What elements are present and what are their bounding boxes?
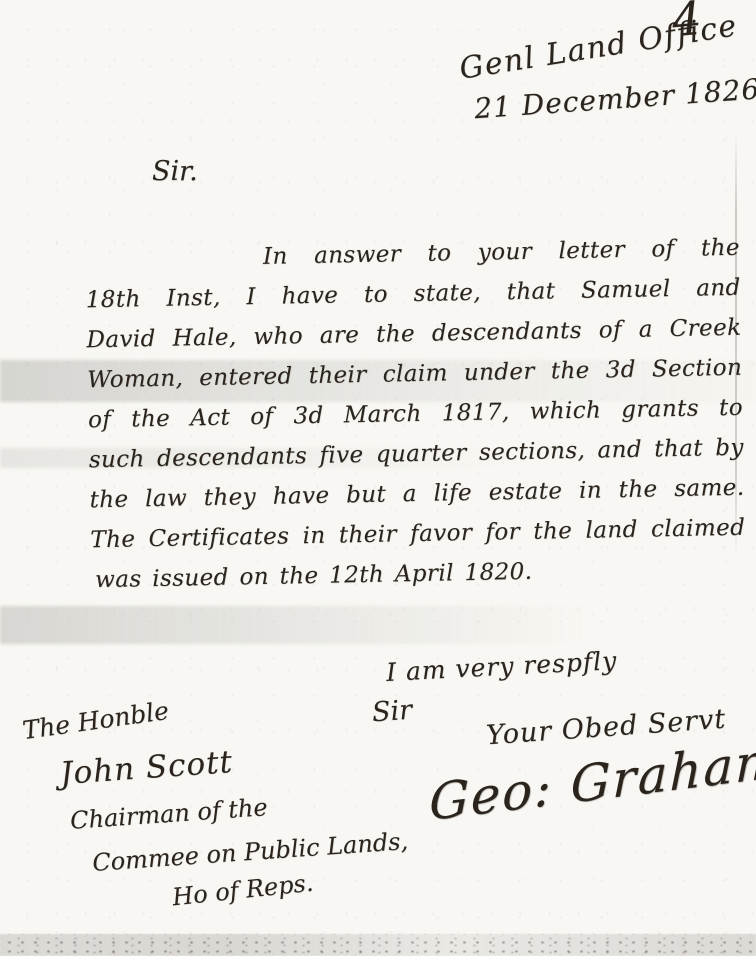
salutation: Sir.	[152, 156, 198, 187]
scan-artifact-band	[0, 606, 590, 644]
recipient-title: Ho of Reps.	[171, 869, 315, 912]
recipient-honorific: The Honble	[21, 696, 171, 745]
scan-artifact-bottom-edge	[0, 934, 756, 956]
recipient-name: John Scott	[59, 744, 234, 792]
letterhead-date: 21 December 1826.	[473, 72, 756, 126]
letter-page: 4 Genl Land Office 21 December 1826. Sir…	[0, 0, 756, 956]
recipient-title: Chairman of the	[69, 793, 268, 835]
recipient-title: Commee on Public Lands,	[91, 827, 408, 877]
closing-sir: Sir	[371, 695, 413, 729]
letter-body: In answer to your letter of the 18th Ins…	[85, 228, 747, 601]
closing-compliment: I am very respfly	[385, 646, 617, 687]
signature: Geo: Graham	[429, 730, 756, 832]
letterhead-office: Genl Land Office	[457, 8, 740, 87]
